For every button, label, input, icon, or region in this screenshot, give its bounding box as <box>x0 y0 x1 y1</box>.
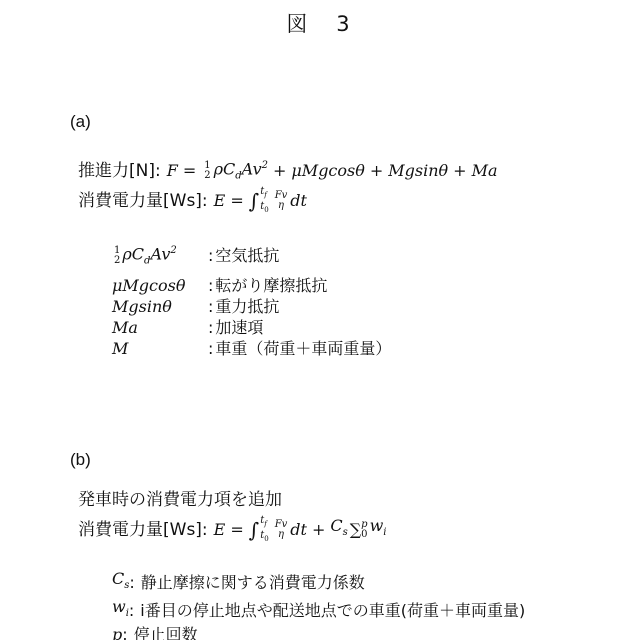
energy-label: 消費電力量[Ws]: <box>78 189 208 213</box>
definition-vehicle-mass: M : 車重（荷重＋車両重量） <box>112 338 391 359</box>
figure-title: 図 3 <box>0 8 640 38</box>
integral-icon: ∫ <box>249 518 259 542</box>
section-b-heading: 発車時の消費電力項を追加 <box>78 488 282 512</box>
air-drag-term: ρCdAv2 <box>214 154 268 189</box>
definitions-a: 12ρCdAv2 : 空気抵抗 μMgcosθ : 転がり摩擦抵抗 Mgsinθ… <box>112 240 391 359</box>
sigma-icon: ∑ <box>350 518 361 542</box>
equals-sign: = <box>183 159 196 183</box>
propulsion-equation: 推進力[N]: F = 1 2 ρCdAv2 + μMgcosθ + Mgsin… <box>78 154 498 189</box>
definition-air-drag: 12ρCdAv2 : 空気抵抗 <box>112 240 391 272</box>
acceleration-term: Ma <box>472 159 498 183</box>
force-symbol: F <box>167 159 178 183</box>
rolling-friction-term: μMgcosθ <box>291 159 364 183</box>
definition-rolling-friction: μMgcosθ : 転がり摩擦抵抗 <box>112 275 391 296</box>
energy-equation-b: 消費電力量[Ws]: E = ∫ tf t0 Fv η dt + Cs ∑ p … <box>78 514 386 545</box>
section-a-label: (a) <box>70 112 91 132</box>
energy-label: 消費電力量[Ws]: <box>78 518 208 542</box>
definition-acceleration: Ma : 加速項 <box>112 317 391 338</box>
definition-gravity: Mgsinθ : 重力抵抗 <box>112 296 391 317</box>
gravity-term: Mgsinθ <box>388 159 448 183</box>
definition-p: p : 停止回数 <box>112 624 525 640</box>
integral-icon: ∫ <box>249 189 259 213</box>
definition-wi: wi : i番目の停止地点や配送地点での車重(荷重＋車両重量) <box>112 596 525 624</box>
definition-cs: Cs : 静止摩擦に関する消費電力係数 <box>112 568 525 596</box>
half-fraction: 1 2 <box>203 161 211 181</box>
power-fraction: Fv η <box>274 191 289 211</box>
stop-weight-term: wi <box>370 514 387 545</box>
integral: ∫ tf t0 <box>249 515 269 545</box>
section-b-label: (b) <box>70 450 91 470</box>
static-friction-coefficient: Cs <box>330 514 347 545</box>
definitions-b: Cs : 静止摩擦に関する消費電力係数 wi : i番目の停止地点や配送地点での… <box>112 568 525 640</box>
propulsion-label: 推進力[N]: <box>78 159 161 183</box>
summation: ∑ p 0 <box>350 518 368 542</box>
energy-symbol: E <box>214 518 226 542</box>
power-fraction: Fv η <box>274 520 289 540</box>
integral: ∫ tf t0 <box>249 186 269 216</box>
energy-equation-a: 消費電力量[Ws]: E = ∫ tf t0 Fv η dt <box>78 186 307 216</box>
energy-symbol: E <box>214 189 226 213</box>
